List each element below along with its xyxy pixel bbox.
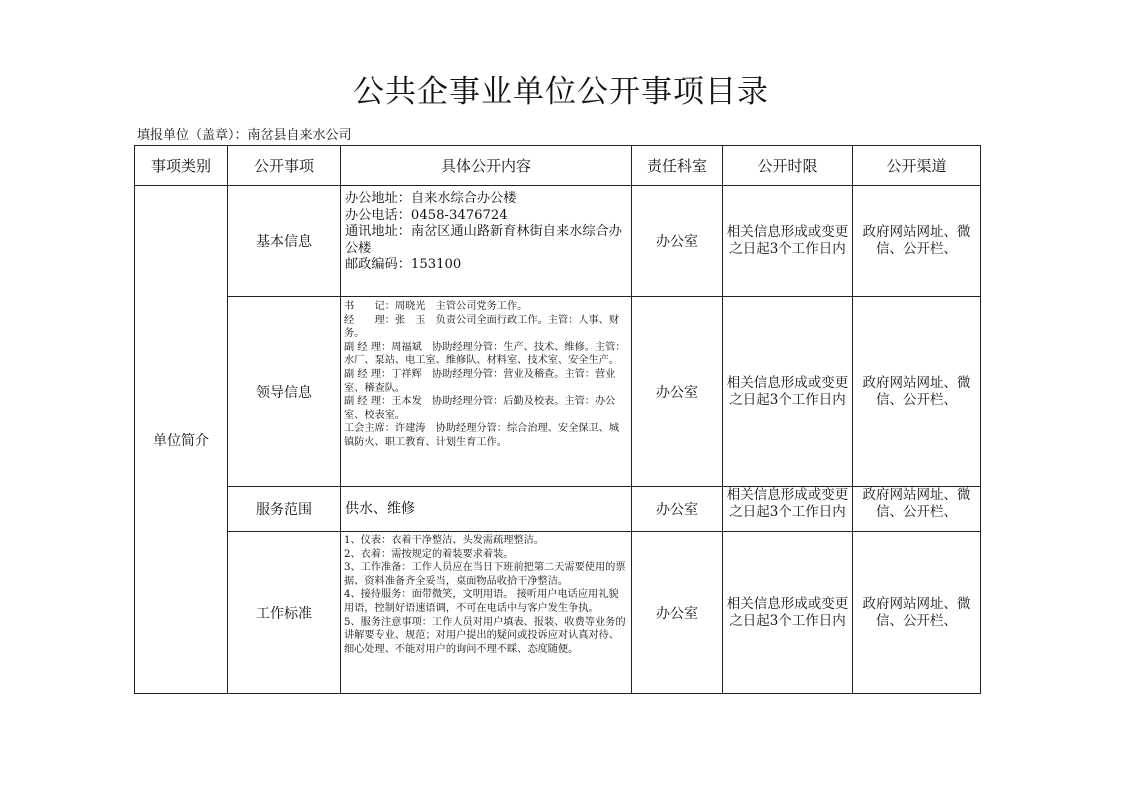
table-header-row: 事项类别 公开事项 具体公开内容 责任科室 公开时限 公开渠道 bbox=[135, 146, 981, 186]
content-line: 3、工作准备：工作人员应在当日下班前把第二天需要使用的票据、资料准备齐全妥当，桌… bbox=[344, 561, 628, 615]
department-cell: 办公室 bbox=[632, 532, 723, 694]
header-department: 责任科室 bbox=[632, 146, 723, 186]
content-line: 副 经 理：王本发 协助经理分管：后勤及校表。主管：办公室、校表室。 bbox=[344, 395, 628, 422]
table-row: 领导信息 书 记：周晓光 主管公司党务工作。 经 理：张 玉 负责公司全面行政工… bbox=[135, 297, 981, 487]
content-cell: 供水、维修 bbox=[341, 487, 632, 532]
header-category: 事项类别 bbox=[135, 146, 228, 186]
deadline-cell: 相关信息形成或变更之日起3个工作日内 bbox=[723, 532, 853, 694]
header-content: 具体公开内容 bbox=[341, 146, 632, 186]
header-item: 公开事项 bbox=[228, 146, 341, 186]
content-line: 经 理：张 玉 负责公司全面行政工作。主管：人事、财务。 bbox=[344, 314, 628, 341]
item-cell: 工作标准 bbox=[228, 532, 341, 694]
content-cell: 办公地址：自来水综合办公楼 办公电话：0458-3476724 通讯地址：南岔区… bbox=[341, 186, 632, 297]
content-line: 供水、维修 bbox=[345, 501, 627, 518]
filler-value: 南岔县自来水公司 bbox=[248, 128, 352, 143]
content-cell: 书 记：周晓光 主管公司党务工作。 经 理：张 玉 负责公司全面行政工作。主管：… bbox=[341, 297, 632, 487]
deadline-cell: 相关信息形成或变更之日起3个工作日内 bbox=[723, 297, 853, 487]
department-cell: 办公室 bbox=[632, 186, 723, 297]
item-cell: 基本信息 bbox=[228, 186, 341, 297]
header-channel: 公开渠道 bbox=[853, 146, 981, 186]
content-line: 书 记：周晓光 主管公司党务工作。 bbox=[344, 300, 628, 314]
content-line: 5、服务注意事项：工作人员对用户填表、报装、收费等业务的讲解要专业、规范；对用户… bbox=[344, 616, 628, 657]
channel-cell: 政府网站网址、微信、公开栏、 bbox=[853, 532, 981, 694]
table-row: 服务范围 供水、维修 办公室 相关信息形成或变更之日起3个工作日内 政府网站网址… bbox=[135, 487, 981, 532]
content-line: 工会主席：许建涛 协助经理分管：综合治理、安全保卫、城镇防火、职工教育、计划生育… bbox=[344, 422, 628, 449]
deadline-cell: 相关信息形成或变更之日起3个工作日内 bbox=[723, 487, 853, 532]
department-cell: 办公室 bbox=[632, 487, 723, 532]
disclosure-table: 事项类别 公开事项 具体公开内容 责任科室 公开时限 公开渠道 单位简介 基本信… bbox=[134, 145, 981, 694]
channel-cell: 政府网站网址、微信、公开栏、 bbox=[853, 186, 981, 297]
content-line: 邮政编码：153100 bbox=[345, 257, 627, 274]
content-line: 副 经 理：周福斌 协助经理分管：生产、技术、维修。主管：水厂、泵站、电工室、维… bbox=[344, 341, 628, 368]
filler-unit: 填报单位（盖章）：南岔县自来水公司 bbox=[137, 124, 352, 143]
content-line: 副 经 理：丁祥辉 协助经理分管：营业及稽查。主管：营业室、稽查队。 bbox=[344, 368, 628, 395]
category-cell: 单位简介 bbox=[135, 186, 228, 694]
content-line: 1、仪表：衣着干净整洁、头发需疏理整洁。 bbox=[344, 534, 628, 548]
header-deadline: 公开时限 bbox=[723, 146, 853, 186]
channel-cell: 政府网站网址、微信、公开栏、 bbox=[853, 487, 981, 532]
table-row: 单位简介 基本信息 办公地址：自来水综合办公楼 办公电话：0458-347672… bbox=[135, 186, 981, 297]
channel-cell: 政府网站网址、微信、公开栏、 bbox=[853, 297, 981, 487]
department-cell: 办公室 bbox=[632, 297, 723, 487]
content-cell: 1、仪表：衣着干净整洁、头发需疏理整洁。 2、衣着：需按规定的着装要求着装。 3… bbox=[341, 532, 632, 694]
content-line: 通讯地址：南岔区通山路新育林街自来水综合办公楼 bbox=[345, 224, 627, 257]
channel-text: 政府网站网址、微信、公开栏、 bbox=[859, 487, 974, 521]
item-cell: 服务范围 bbox=[228, 487, 341, 532]
deadline-text: 相关信息形成或变更之日起3个工作日内 bbox=[725, 487, 850, 521]
deadline-cell: 相关信息形成或变更之日起3个工作日内 bbox=[723, 186, 853, 297]
item-cell: 领导信息 bbox=[228, 297, 341, 487]
content-clip: 1、仪表：衣着干净整洁、头发需疏理整洁。 2、衣着：需按规定的着装要求着装。 3… bbox=[344, 534, 628, 691]
content-line: 办公电话：0458-3476724 bbox=[345, 208, 627, 225]
content-line: 办公地址：自来水综合办公楼 bbox=[345, 191, 627, 208]
content-line: 2、衣着：需按规定的着装要求着装。 bbox=[344, 548, 628, 562]
filler-label: 填报单位（盖章）： bbox=[137, 128, 248, 143]
document-title: 公共企事业单位公开事项目录 bbox=[0, 66, 1122, 111]
table-row: 工作标准 1、仪表：衣着干净整洁、头发需疏理整洁。 2、衣着：需按规定的着装要求… bbox=[135, 532, 981, 694]
